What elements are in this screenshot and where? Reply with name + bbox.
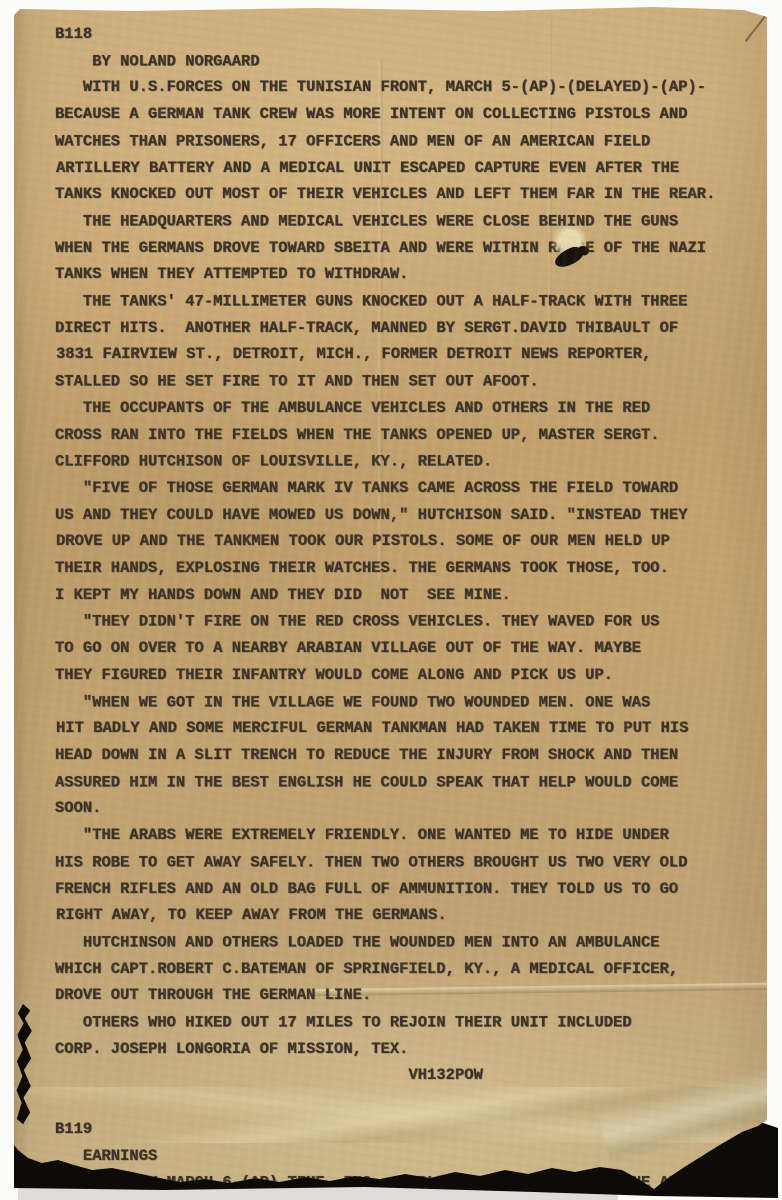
- typewritten-line: STALLED SO HE SET FIRE TO IT AND THEN SE…: [55, 369, 755, 396]
- typewritten-line: I KEPT MY HANDS DOWN AND THEY DID NOT SE…: [55, 582, 755, 609]
- typewritten-line: FRENCH RIFLES AND AN OLD BAG FULL OF AMM…: [55, 876, 755, 903]
- typewritten-line: DROVE UP AND THE TANKMEN TOOK OUR PISTOL…: [56, 528, 756, 555]
- typewritten-line: HUTCHINSON AND OTHERS LOADED THE WOUNDED…: [55, 929, 755, 956]
- typewritten-line: US AND THEY COULD HAVE MOWED US DOWN," H…: [55, 502, 755, 529]
- typewritten-line: [56, 1089, 756, 1116]
- telegram-sheet: B118 BY NOLAND NORGAARD WITH U.S.FORCES …: [14, 5, 767, 1195]
- typewritten-line: EARNINGS: [55, 1143, 755, 1170]
- typewritten-line: BY NOLAND NORGAARD: [55, 48, 755, 75]
- typewritten-line: TANKS KNOCKED OUT MOST OF THEIR VEHICLES…: [55, 181, 755, 208]
- typewritten-line: WATCHES THAN PRISONERS, 17 OFFICERS AND …: [55, 128, 755, 155]
- typewritten-line: CLIFFORD HUTCHISON OF LOUISVILLE, KY., R…: [55, 449, 755, 476]
- typewritten-line: WHICH CAPT.ROBERT C.BATEMAN OF SPRINGFIE…: [55, 956, 755, 983]
- typewritten-line: SOON.: [55, 795, 755, 822]
- typewritten-line: TO GO ON OVER TO A NEARBY ARABIAN VILLAG…: [55, 635, 755, 662]
- typewritten-line: HIS ROBE TO GET AWAY SAFELY. THEN TWO OT…: [55, 849, 755, 876]
- typewritten-line: WHEN THE GERMANS DROVE TOWARD SBEITA AND…: [55, 235, 755, 262]
- typewritten-line: OTHERS WHO HIKED OUT 17 MILES TO REJOIN …: [55, 1010, 755, 1037]
- typewritten-line: B119: [55, 1116, 755, 1143]
- typewritten-line: "THEY DIDN'T FIRE ON THE RED CROSS VEHIC…: [55, 609, 755, 636]
- typewritten-line: 3831 FAIRVIEW ST., DETROIT, MICH., FORME…: [56, 341, 756, 368]
- typewritten-line: ASSURED HIM IN THE BEST ENGLISH HE COULD…: [55, 769, 755, 796]
- typewritten-line: HIT BADLY AND SOME MERCIFUL GERMAN TANKM…: [56, 715, 756, 742]
- typewritten-line: BECAUSE A GERMAN TANK CREW WAS MORE INTE…: [55, 101, 755, 128]
- typewritten-line: THEIR HANDS, EXPLOSING THEIR WATCHES. TH…: [55, 555, 755, 582]
- typewritten-line: ARTILLERY BATTERY AND A MEDICAL UNIT ESC…: [56, 155, 756, 182]
- typewritten-line: B118: [55, 21, 755, 48]
- typewritten-line: THEY FIGURED THEIR INFANTRY WOULD COME A…: [55, 662, 755, 689]
- typewritten-line: VH132POW: [55, 1062, 755, 1089]
- typewritten-line: "THE ARABS WERE EXTREMELY FRIENDLY. ONE …: [55, 822, 755, 849]
- typewritten-line: CROSS RAN INTO THE FIELDS WHEN THE TANKS…: [55, 422, 755, 449]
- typewritten-line: "WHEN WE GOT IN THE VILLAGE WE FOUND TWO…: [55, 689, 755, 716]
- typewritten-line: HEAD DOWN IN A SLIT TRENCH TO REDUCE THE…: [55, 742, 755, 769]
- typewritten-line: WITH U.S.FORCES ON THE TUNISIAN FRONT, M…: [55, 74, 755, 101]
- typewritten-line: CORP. JOSEPH LONGORIA OF MISSION, TEX.: [55, 1036, 755, 1063]
- typewritten-line: DROVE OUT THROUGH THE GERMAN LINE.: [55, 982, 755, 1009]
- typewritten-line: THE OCCUPANTS OF THE AMBULANCE VEHICLES …: [55, 395, 755, 422]
- typewritten-line: THE HEADQUARTERS AND MEDICAL VEHICLES WE…: [55, 208, 755, 235]
- typewritten-line: THE TANKS' 47-MILLIMETER GUNS KNOCKED OU…: [55, 289, 755, 316]
- typewritten-line: RIGHT AWAY, TO KEEP AWAY FROM THE GERMAN…: [56, 902, 756, 929]
- typewritten-line: TANKS WHEN THEY ATTEMPTED TO WITHDRAW.: [55, 261, 755, 288]
- typewritten-line: "FIVE OF THOSE GERMAN MARK IV TANKS CAME…: [55, 475, 755, 502]
- typewritten-text: B118 BY NOLAND NORGAARD WITH U.S.FORCES …: [55, 21, 755, 1196]
- page-background: B118 BY NOLAND NORGAARD WITH U.S.FORCES …: [0, 0, 782, 1200]
- typewritten-line: DIRECT HITS. ANOTHER HALF-TRACK, MANNED …: [55, 315, 755, 342]
